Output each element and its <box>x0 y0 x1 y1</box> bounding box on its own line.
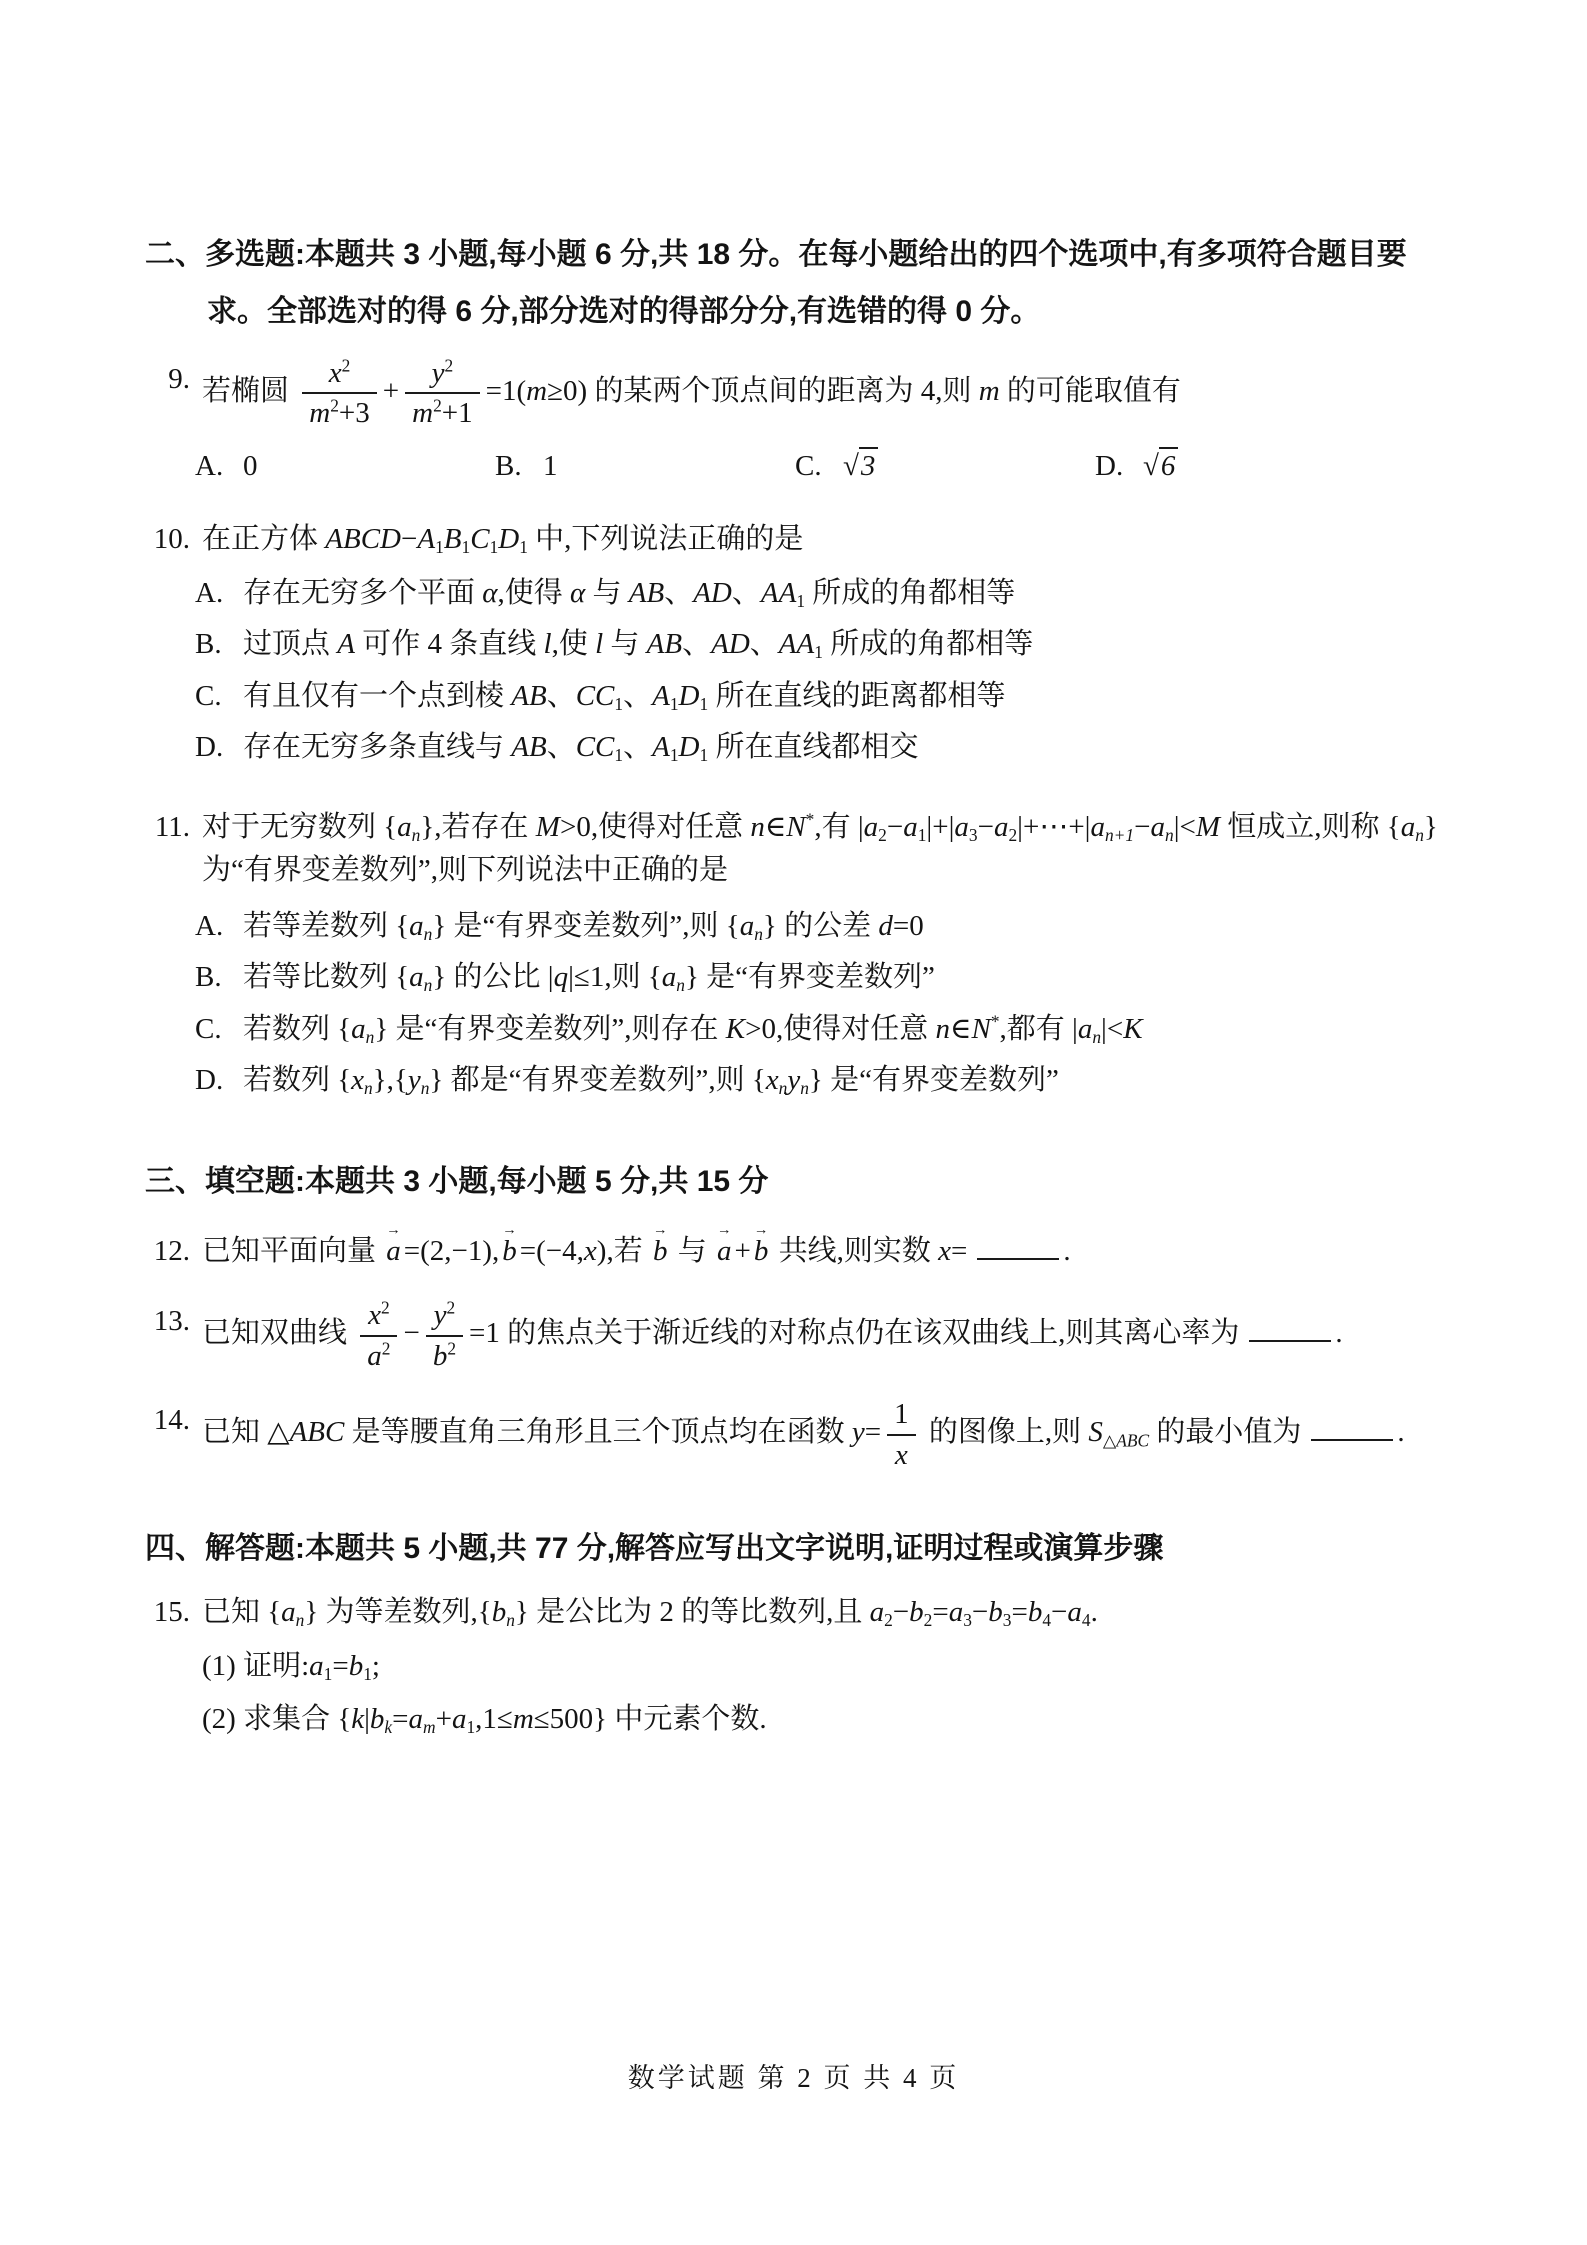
subscript: 1 <box>435 538 444 558</box>
math-variable: K <box>726 1013 745 1045</box>
math-variable: a <box>662 961 677 993</box>
superscript: 2 <box>447 1338 456 1358</box>
option-text: 1 <box>543 445 795 489</box>
math-fraction: x2m2+3 <box>302 356 377 431</box>
math-variable: C <box>470 523 489 555</box>
question-14: 14. 已知 △ABC 是等腰直角三角形且三个顶点均在函数 y=1x 的图像上,… <box>145 1397 1460 1472</box>
subscript: 1 <box>490 538 499 558</box>
math-variable: l <box>544 628 552 660</box>
math-square-root: √6 <box>1143 447 1178 482</box>
option-d: D. 若数列 {xn},{yn} 都是“有界变差数列”,则 {xnyn} 是“有… <box>195 1059 1460 1103</box>
vector-arrow-icon: → <box>653 1219 668 1242</box>
math-variable: S <box>1088 1416 1103 1448</box>
vector-arrow-icon: → <box>754 1219 769 1242</box>
radical-sign: √ <box>843 450 859 482</box>
math-variable: y <box>432 357 445 389</box>
fraction-denominator: m2+3 <box>302 394 377 430</box>
math-variable: a <box>994 811 1009 843</box>
option-label: A. <box>195 445 243 489</box>
option-text: 若等差数列 {an} 是“有界变差数列”,则 {an} 的公差 d=0 <box>243 905 1460 949</box>
math-fraction: x2a2 <box>360 1298 397 1373</box>
radicand: 6 <box>1159 447 1179 482</box>
radical-sign: √ <box>1143 450 1159 482</box>
option-label: B. <box>495 445 543 489</box>
fraction-denominator: a2 <box>360 1337 397 1373</box>
math-variable: x <box>895 1439 908 1471</box>
math-variable: K <box>1123 1013 1142 1045</box>
option-text: 若数列 {xn},{yn} 都是“有界变差数列”,则 {xnyn} 是“有界变差… <box>243 1059 1460 1103</box>
option-label: A. <box>195 905 243 949</box>
question-text: 已知 {an} 为等差数列,{bn} 是公比为 2 的等比数列,且 a2−b2=… <box>202 1591 1460 1635</box>
option-text: 过顶点 A 可作 4 条直线 l,使 l 与 AB、AD、AA1 所成的角都相等 <box>243 623 1460 667</box>
subscript: n <box>506 1610 515 1630</box>
math-variable: m <box>513 1703 534 1735</box>
math-variable: a <box>409 1703 424 1735</box>
subscript: n <box>1415 825 1424 845</box>
math-variable: b <box>1028 1596 1043 1628</box>
question-text: 已知双曲线 x2a2−y2b2=1 的焦点关于渐近线的对称点仍在该双曲线上,则其… <box>202 1298 1460 1373</box>
math-variable: m <box>309 397 330 429</box>
subscript: 3 <box>1003 1610 1012 1630</box>
subscript: n <box>676 976 685 996</box>
question-number: 11. <box>145 806 202 850</box>
question-text: 已知 △ABC 是等腰直角三角形且三个顶点均在函数 y=1x 的图像上,则 S△… <box>202 1397 1460 1472</box>
math-variable: a <box>949 1596 964 1628</box>
math-variable: a <box>367 1340 382 1372</box>
math-variable: a <box>903 811 918 843</box>
math-variable: d <box>878 910 893 942</box>
superscript: 2 <box>433 396 442 416</box>
option-text: √6 <box>1143 445 1460 489</box>
vector-arrow-icon: → <box>502 1219 517 1242</box>
math-fraction: y2m2+1 <box>405 356 480 431</box>
option-a: A. 若等差数列 {an} 是“有界变差数列”,则 {an} 的公差 d=0 <box>195 905 1460 949</box>
math-variable: N <box>971 1013 990 1045</box>
math-variable: b <box>433 1340 448 1372</box>
question-text: 已知平面向量 →a=(2,−1),→b=(−4,x),若 →b 与 →a+→b … <box>202 1228 1460 1274</box>
option-label: C. <box>195 675 243 719</box>
math-variable: a <box>281 1596 296 1628</box>
question-number: 15. <box>145 1591 202 1635</box>
option-d: D. √6 <box>1095 445 1460 489</box>
subscript: 1 <box>796 591 805 611</box>
subscript: 1 <box>670 694 679 714</box>
subscript: n <box>1165 825 1174 845</box>
math-variable: AA <box>761 577 796 609</box>
subscript: m <box>423 1717 436 1737</box>
option-label: D. <box>1095 445 1143 489</box>
subscript: 1 <box>614 746 623 766</box>
math-variable: CC <box>576 731 615 763</box>
question-11-stem: 11. 对于无穷数列 {an},若存在 M>0,使得对任意 n∈N*,有 |a2… <box>145 806 1460 893</box>
math-vector: →a <box>717 1228 732 1274</box>
math-variable: a <box>351 1013 366 1045</box>
math-variable: b <box>988 1596 1003 1628</box>
question-text: 若椭圆 x2m2+3+y2m2+1=1(m≥0) 的某两个顶点间的距离为 4,则… <box>202 356 1460 431</box>
question-13-stem: 13. 已知双曲线 x2a2−y2b2=1 的焦点关于渐近线的对称点仍在该双曲线… <box>145 1298 1460 1373</box>
math-variable: A <box>337 628 355 660</box>
radicand: 3 <box>859 447 879 482</box>
question-10: 10. 在正方体 ABCD−A1B1C1D1 中,下列说法正确的是 A. 存在无… <box>145 518 1460 770</box>
answer-blank <box>1311 1412 1393 1442</box>
question-number: 14. <box>145 1397 202 1443</box>
section-3-header: 三、填空题:本题共 3 小题,每小题 5 分,共 15 分 <box>145 1153 1460 1210</box>
math-variable: CC <box>576 680 615 712</box>
math-variable: D <box>498 523 519 555</box>
superscript: * <box>991 1012 1000 1032</box>
math-fraction: y2b2 <box>426 1298 463 1373</box>
math-variable: q <box>554 961 569 993</box>
option-text: 0 <box>243 445 495 489</box>
math-variable: n <box>936 1013 951 1045</box>
question-9-stem: 9. 若椭圆 x2m2+3+y2m2+1=1(m≥0) 的某两个顶点间的距离为 … <box>145 356 1460 431</box>
subscript: n <box>424 924 433 944</box>
option-a: A. 存在无穷多个平面 α,使得 α 与 AB、AD、AA1 所成的角都相等 <box>195 572 1460 616</box>
fraction-denominator: x <box>887 1436 916 1472</box>
math-variable: AB <box>511 680 546 712</box>
page-footer: 数学试题 第 2 页 共 4 页 <box>0 2058 1587 2099</box>
math-variable: x <box>584 1235 597 1267</box>
math-variable: x <box>329 357 342 389</box>
question-15-part-1: (1) 证明:a1=b1; <box>202 1645 1460 1689</box>
math-variable: b <box>370 1703 385 1735</box>
math-variable: AB <box>647 628 682 660</box>
math-variable: k <box>351 1703 364 1735</box>
option-text: 存在无穷多条直线与 AB、CC1、A1D1 所在直线都相交 <box>243 726 1460 770</box>
section-2-header: 二、多选题:本题共 3 小题,每小题 6 分,共 18 分。在每小题给出的四个选… <box>145 226 1460 340</box>
option-b: B. 1 <box>495 445 795 489</box>
subscript: n <box>800 1079 809 1099</box>
answer-blank <box>977 1230 1059 1260</box>
math-variable: a <box>954 811 969 843</box>
subscript: 1 <box>614 694 623 714</box>
question-15-stem: 15. 已知 {an} 为等差数列,{bn} 是公比为 2 的等比数列,且 a2… <box>145 1591 1460 1635</box>
option-text: 存在无穷多个平面 α,使得 α 与 AB、AD、AA1 所成的角都相等 <box>243 572 1460 616</box>
option-label: B. <box>195 623 243 667</box>
option-a: A. 0 <box>195 445 495 489</box>
math-variable: a <box>1090 811 1105 843</box>
subscript: 1 <box>814 643 823 663</box>
math-variable: A <box>417 523 435 555</box>
math-variable: b <box>909 1596 924 1628</box>
option-d: D. 存在无穷多条直线与 AB、CC1、A1D1 所在直线都相交 <box>195 726 1460 770</box>
math-variable: α <box>482 577 497 609</box>
math-variable: m <box>412 397 433 429</box>
math-vector: →b <box>754 1228 769 1274</box>
math-variable: x <box>766 1064 779 1096</box>
subscript: 4 <box>1082 1610 1091 1630</box>
subscript: n <box>754 924 763 944</box>
superscript: 2 <box>382 1338 391 1358</box>
question-14-stem: 14. 已知 △ABC 是等腰直角三角形且三个顶点均在函数 y=1x 的图像上,… <box>145 1397 1460 1472</box>
subscript: n <box>421 1079 430 1099</box>
option-text: √3 <box>843 445 1095 489</box>
math-variable: a <box>452 1703 467 1735</box>
subscript: 1 <box>324 1664 333 1684</box>
option-c: C. 有且仅有一个点到棱 AB、CC1、A1D1 所在直线的距离都相等 <box>195 675 1460 719</box>
answer-blank <box>1249 1313 1331 1343</box>
math-vector: →b <box>653 1228 668 1274</box>
question-9: 9. 若椭圆 x2m2+3+y2m2+1=1(m≥0) 的某两个顶点间的距离为 … <box>145 356 1460 488</box>
math-variable: y <box>408 1064 421 1096</box>
vector-arrow-icon: → <box>386 1219 401 1242</box>
math-variable: a <box>740 910 755 942</box>
math-variable: x <box>351 1064 364 1096</box>
math-variable: ABC <box>290 1416 345 1448</box>
subscript: 2 <box>1008 825 1017 845</box>
math-variable: a <box>309 1650 324 1682</box>
subscript: △ABC <box>1103 1431 1149 1451</box>
subscript: 3 <box>963 1610 972 1630</box>
math-variable: a <box>1150 811 1165 843</box>
math-variable: A <box>652 680 670 712</box>
section-free-response: 四、解答题:本题共 5 小题,共 77 分,解答应写出文字说明,证明过程或演算步… <box>145 1520 1460 1742</box>
subscript: n <box>412 825 421 845</box>
option-label: D. <box>195 726 243 770</box>
math-variable: a <box>409 910 424 942</box>
subscript: n+1 <box>1105 825 1134 845</box>
option-label: A. <box>195 572 243 616</box>
subscript: 1 <box>918 825 927 845</box>
subscript: n <box>364 1079 373 1099</box>
subscript: 2 <box>924 1610 933 1630</box>
math-variable: AA <box>779 628 814 660</box>
math-variable: α <box>570 577 585 609</box>
math-fraction: 1x <box>887 1397 916 1472</box>
subscript: 2 <box>878 825 887 845</box>
math-variable: AD <box>711 628 750 660</box>
question-13: 13. 已知双曲线 x2a2−y2b2=1 的焦点关于渐近线的对称点仍在该双曲线… <box>145 1298 1460 1373</box>
option-label: C. <box>795 445 843 489</box>
math-variable: b <box>349 1650 364 1682</box>
math-variable: m <box>979 375 1000 407</box>
math-variable: M <box>1196 811 1220 843</box>
question-15-part-2: (2) 求集合 {k|bk=am+a1,1≤m≤500} 中元素个数. <box>202 1698 1460 1742</box>
math-variable: AB <box>511 731 546 763</box>
math-variable: y <box>434 1299 447 1331</box>
option-text: 若数列 {an} 是“有界变差数列”,则存在 K>0,使得对任意 n∈N*,都有… <box>243 1008 1460 1052</box>
question-12-stem: 12. 已知平面向量 →a=(2,−1),→b=(−4,x),若 →b 与 →a… <box>145 1228 1460 1274</box>
math-variable: b <box>492 1596 507 1628</box>
exam-content: 二、多选题:本题共 3 小题,每小题 6 分,共 18 分。在每小题给出的四个选… <box>145 226 1460 1752</box>
exam-paper-page: 二、多选题:本题共 3 小题,每小题 6 分,共 18 分。在每小题给出的四个选… <box>0 0 1587 2245</box>
math-variable: AD <box>693 577 732 609</box>
subscript: 1 <box>363 1664 372 1684</box>
option-b: B. 过顶点 A 可作 4 条直线 l,使 l 与 AB、AD、AA1 所成的角… <box>195 623 1460 667</box>
question-number: 12. <box>145 1228 202 1274</box>
superscript: 2 <box>447 1298 456 1318</box>
subscript: 4 <box>1042 1610 1051 1630</box>
math-variable: a <box>409 961 424 993</box>
math-variable: a <box>870 1596 885 1628</box>
subscript: 3 <box>969 825 978 845</box>
math-variable: a <box>1401 811 1416 843</box>
math-variable: a <box>1078 1013 1093 1045</box>
math-variable: n <box>750 811 765 843</box>
superscript: 2 <box>381 1298 390 1318</box>
subscript: 1 <box>700 746 709 766</box>
math-variable: A <box>652 731 670 763</box>
option-c: C. √3 <box>795 445 1095 489</box>
question-11: 11. 对于无穷数列 {an},若存在 M>0,使得对任意 n∈N*,有 |a2… <box>145 806 1460 1103</box>
superscript: * <box>806 810 815 830</box>
question-10-stem: 10. 在正方体 ABCD−A1B1C1D1 中,下列说法正确的是 <box>145 518 1460 562</box>
section-fill-blank: 三、填空题:本题共 3 小题,每小题 5 分,共 15 分 12. 已知平面向量… <box>145 1153 1460 1472</box>
math-variable: ABCD <box>325 523 401 555</box>
math-variable: D <box>679 680 700 712</box>
question-number: 9. <box>145 356 202 402</box>
fraction-numerator: x2 <box>360 1298 397 1336</box>
math-variable: M <box>536 811 560 843</box>
subscript: 1 <box>466 1717 475 1737</box>
math-variable: a <box>397 811 412 843</box>
vector-arrow-icon: → <box>717 1219 732 1242</box>
math-variable: y <box>852 1416 865 1448</box>
question-text: 对于无穷数列 {an},若存在 M>0,使得对任意 n∈N*,有 |a2−a1|… <box>202 806 1460 893</box>
subscript: 1 <box>519 538 528 558</box>
subscript: n <box>296 1610 305 1630</box>
fraction-numerator: y2 <box>405 356 480 394</box>
option-label: B. <box>195 956 243 1000</box>
superscript: 2 <box>330 396 339 416</box>
math-variable: AB <box>629 577 664 609</box>
section-multiple-choice: 二、多选题:本题共 3 小题,每小题 6 分,共 18 分。在每小题给出的四个选… <box>145 226 1460 1103</box>
subscript: n <box>1092 1027 1101 1047</box>
question-number: 13. <box>145 1298 202 1344</box>
option-b: B. 若等比数列 {an} 的公比 |q|≤1,则 {an} 是“有界变差数列” <box>195 956 1460 1000</box>
question-text: 在正方体 ABCD−A1B1C1D1 中,下列说法正确的是 <box>202 518 1460 562</box>
option-text: 若等比数列 {an} 的公比 |q|≤1,则 {an} 是“有界变差数列” <box>243 956 1460 1000</box>
fraction-numerator: y2 <box>426 1298 463 1336</box>
subscript: 1 <box>700 694 709 714</box>
subscript: 1 <box>670 746 679 766</box>
math-square-root: √3 <box>843 447 878 482</box>
math-variable: B <box>444 523 462 555</box>
math-vector: →a <box>386 1228 401 1274</box>
subscript: n <box>424 976 433 996</box>
math-variable: m <box>526 375 547 407</box>
superscript: 2 <box>342 356 351 376</box>
subscript: 1 <box>461 538 470 558</box>
option-label: D. <box>195 1059 243 1103</box>
math-variable: a <box>1067 1596 1082 1628</box>
math-vector: →b <box>502 1228 517 1274</box>
subscript: k <box>384 1717 392 1737</box>
math-variable: N <box>786 811 805 843</box>
fraction-numerator: x2 <box>302 356 377 394</box>
fraction-numerator: 1 <box>887 1397 916 1435</box>
math-variable: x <box>938 1235 951 1267</box>
question-12: 12. 已知平面向量 →a=(2,−1),→b=(−4,x),若 →b 与 →a… <box>145 1228 1460 1274</box>
question-number: 10. <box>145 518 202 562</box>
section-4-header: 四、解答题:本题共 5 小题,共 77 分,解答应写出文字说明,证明过程或演算步… <box>145 1520 1460 1577</box>
fraction-denominator: b2 <box>426 1337 463 1373</box>
math-variable: a <box>864 811 879 843</box>
subscript: 2 <box>884 1610 893 1630</box>
subscript: n <box>366 1027 375 1047</box>
math-variable: y <box>787 1064 800 1096</box>
math-variable: x <box>368 1299 381 1331</box>
option-label: C. <box>195 1008 243 1052</box>
math-variable: D <box>679 731 700 763</box>
option-text: 有且仅有一个点到棱 AB、CC1、A1D1 所在直线的距离都相等 <box>243 675 1460 719</box>
math-variable: l <box>595 628 603 660</box>
superscript: 2 <box>444 356 453 376</box>
question-9-options: A. 0 B. 1 C. √3 D. √6 <box>195 445 1460 489</box>
fraction-denominator: m2+1 <box>405 394 480 430</box>
option-c: C. 若数列 {an} 是“有界变差数列”,则存在 K>0,使得对任意 n∈N*… <box>195 1008 1460 1052</box>
question-15: 15. 已知 {an} 为等差数列,{bn} 是公比为 2 的等比数列,且 a2… <box>145 1591 1460 1742</box>
